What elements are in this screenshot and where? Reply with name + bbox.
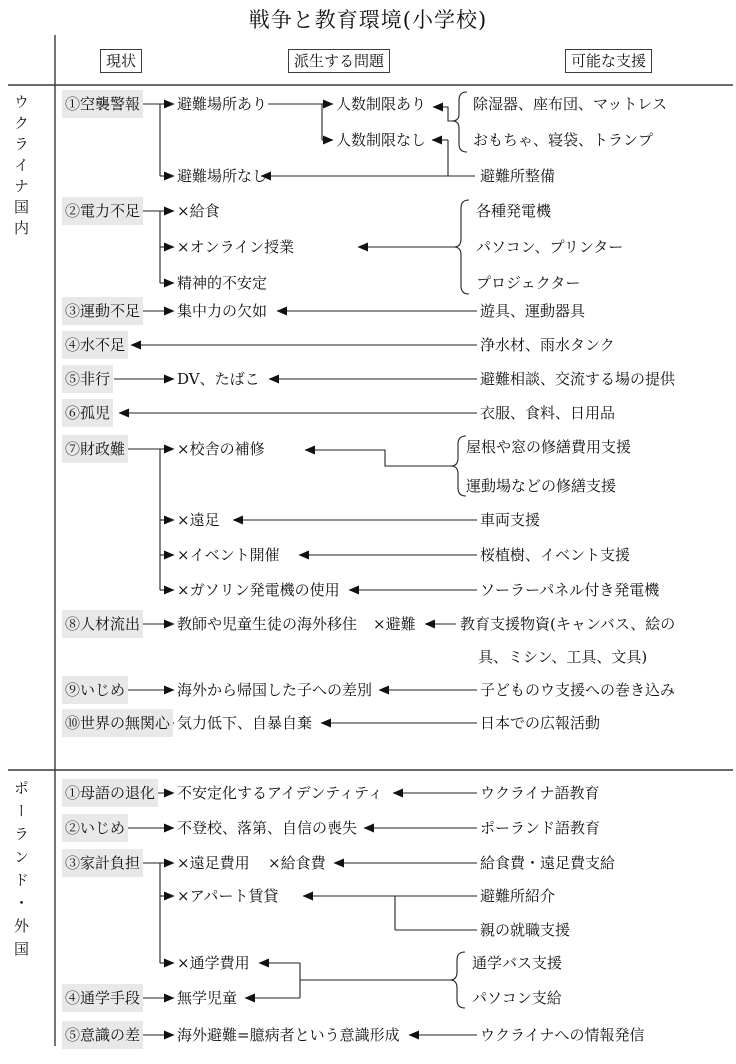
problem-item: 不安定化するアイデンティティ (177, 783, 383, 803)
header-status: 現状 (100, 49, 142, 73)
support-item: ポーランド語教育 (480, 818, 600, 838)
page-title: 戦争と教育環境(小学校) (0, 4, 736, 34)
status-item: ⑥孤児 (62, 399, 113, 427)
support-item: プロジェクター (476, 273, 580, 293)
support-item: 教育支援物資(キャンバス、絵の (460, 614, 675, 634)
support-item: 避難所紹介 (480, 886, 555, 906)
problem-item: 海外避難=臆病者という意識形成 (177, 1025, 400, 1045)
problem-item: ×通学費用 (177, 953, 250, 973)
problem-item: 教師や児童生徒の海外移住 (177, 614, 357, 634)
problem-item: 人数制限あり (336, 94, 426, 114)
support-item: 除湿器、座布団、マットレス (473, 94, 667, 114)
support-item: ウクライナへの情報発信 (480, 1025, 645, 1045)
support-item: 車両支援 (480, 510, 540, 530)
problem-item: 人数制限なし (336, 130, 426, 150)
connector-lines (0, 0, 736, 1064)
problem-item: ×ガソリン発電機の使用 (177, 580, 340, 600)
problem-item: 避難場所あり (177, 94, 267, 114)
problem-item: ×避難 (373, 614, 416, 634)
diagram-canvas: 戦争と教育環境(小学校) (0, 0, 736, 1064)
problem-item: ×給食費 (268, 853, 326, 873)
problem-item: 海外から帰国した子への差別 (177, 680, 372, 700)
status-item: ③運動不足 (62, 297, 143, 325)
status-item: ⑤非行 (62, 365, 113, 393)
problem-item: 無学児童 (177, 988, 237, 1008)
problem-item: ×アパート賃貸 (177, 886, 278, 906)
problem-item: ×遠足費用 (177, 853, 250, 873)
support-item: 各種発電機 (476, 201, 551, 221)
status-item: ⑨いじめ (62, 676, 128, 704)
problem-item: ×遠足 (177, 510, 220, 530)
problem-item: 不登校、落第、自信の喪失 (177, 818, 357, 838)
support-item: 親の就職支援 (480, 920, 570, 940)
support-item: 屋根や窓の修繕費用支援 (466, 437, 631, 457)
support-item: 通学バス支援 (472, 953, 562, 973)
problem-item: ×イベント開催 (177, 545, 280, 565)
status-item: ⑤意識の差 (62, 1021, 143, 1049)
problem-item: ×オンライン授業 (177, 237, 294, 257)
support-item: 運動場などの修繕支援 (466, 476, 616, 496)
support-item: ウクライナ語教育 (480, 783, 600, 803)
header-support: 可能な支援 (565, 49, 652, 73)
header-problems: 派生する問題 (288, 49, 390, 73)
status-item: ①母語の退化 (62, 779, 158, 807)
status-item: ⑦財政難 (62, 435, 128, 463)
support-item: 避難所整備 (480, 166, 555, 186)
problem-item: DV、たばこ (177, 369, 260, 389)
support-item: 遊具、運動器具 (480, 301, 585, 321)
problem-item: 精神的不安定 (177, 273, 267, 293)
problem-item: 避難場所なし (177, 166, 267, 186)
problem-item: 集中力の欠如 (177, 301, 267, 321)
status-item: ⑩世界の無関心 (62, 709, 173, 737)
status-item: ③家計負担 (62, 849, 143, 877)
support-item: 浄水材、雨水タンク (480, 335, 615, 355)
support-item: 衣服、食料、日用品 (480, 403, 615, 423)
problem-item: 気力低下、自暴自棄 (177, 713, 312, 733)
problem-item: ×校舎の補修 (177, 439, 265, 459)
status-item: ②電力不足 (62, 197, 143, 225)
support-item: パソコン支給 (472, 988, 562, 1008)
support-item: おもちゃ、寝袋、トランプ (473, 130, 653, 150)
support-item: 桜植樹、イベント支援 (480, 545, 630, 565)
support-item: ソーラーパネル付き発電機 (480, 580, 659, 600)
status-item: ④通学手段 (62, 984, 143, 1012)
region-label-poland: ポーランド・外国 (11, 780, 32, 964)
region-label-ukraine: ウクライナ国内 (11, 94, 32, 241)
support-item: 日本での広報活動 (480, 713, 600, 733)
problem-item: ×給食 (177, 201, 220, 221)
status-item: ④水不足 (62, 331, 128, 359)
support-item: 給食費・遠足費支給 (480, 853, 615, 873)
status-item: ②いじめ (62, 814, 128, 842)
status-item: ①空襲警報 (62, 90, 143, 118)
support-item: パソコン、プリンター (476, 237, 623, 257)
support-item: 具、ミシン、工具、文具) (478, 647, 647, 667)
support-item: 子どものウ支援への巻き込み (480, 680, 675, 700)
support-item: 避難相談、交流する場の提供 (480, 369, 675, 389)
status-item: ⑧人材流出 (62, 610, 143, 638)
